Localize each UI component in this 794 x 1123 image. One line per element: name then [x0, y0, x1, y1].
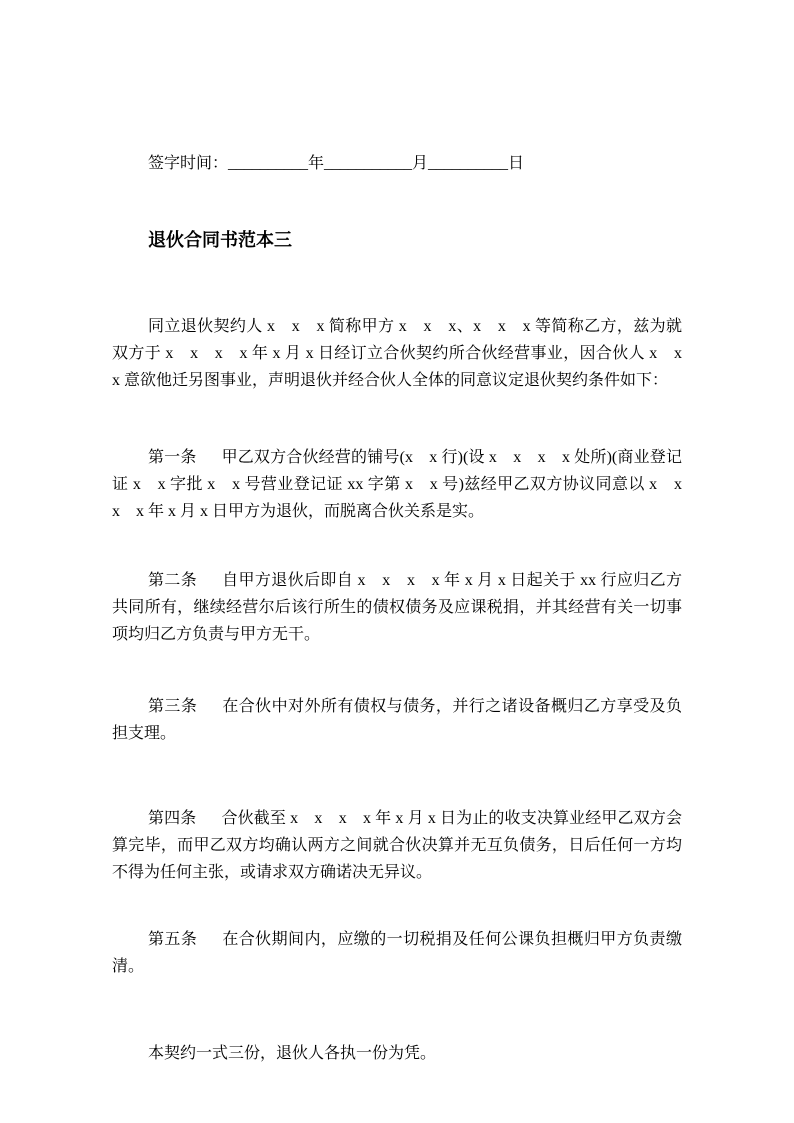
signature-time-line: 签字时间：__________年___________月__________日 [112, 150, 682, 177]
article-4-label: 第四条 [148, 810, 196, 827]
document-page: 签字时间：__________年___________月__________日 … [0, 0, 794, 1123]
signature-year-unit: 年 [308, 155, 324, 172]
article-5-label: 第五条 [148, 931, 197, 948]
signature-day-unit: 日 [508, 155, 524, 172]
signature-year-blank: __________ [228, 155, 308, 172]
article-3-text: 在合伙中对外所有债权与债务，并行之诸设备概归乙方享受及负担支理。 [112, 698, 682, 742]
article-2-text: 自甲方退伙后即自 x x x x 年 x 月 x 日起关于 xx 行应归乙方共同… [112, 572, 682, 643]
article-4: 第四条合伙截至 x x x x 年 x 月 x 日为止的收支决算业经甲乙双方会算… [112, 805, 682, 886]
article-3: 第三条在合伙中对外所有债权与债务，并行之诸设备概归乙方享受及负担支理。 [112, 693, 682, 747]
closing-line: 本契约一式三份，退伙人各执一份为凭。 [112, 1040, 682, 1067]
contract-title: 退伙合同书范本三 [112, 225, 682, 255]
signature-day-blank: __________ [428, 155, 508, 172]
article-5-text: 在合伙期间内，应缴的一切税捐及任何公课负担概归甲方负责缴清。 [112, 931, 682, 975]
article-2: 第二条自甲方退伙后即自 x x x x 年 x 月 x 日起关于 xx 行应归乙… [112, 567, 682, 648]
article-1-label: 第一条 [148, 449, 197, 466]
signature-month-blank: ___________ [324, 155, 412, 172]
article-2-label: 第二条 [148, 572, 197, 589]
article-1-text: 甲乙双方合伙经营的铺号(x x 行)(设 x x x x 处所)(商业登记证 x… [112, 449, 698, 520]
signature-time-label: 签字时间： [148, 155, 228, 172]
article-5: 第五条在合伙期间内，应缴的一切税捐及任何公课负担概归甲方负责缴清。 [112, 926, 682, 980]
article-4-text: 合伙截至 x x x x 年 x 月 x 日为止的收支决算业经甲乙双方会算完毕，… [112, 810, 682, 881]
article-3-label: 第三条 [148, 698, 197, 715]
signature-month-unit: 月 [412, 155, 428, 172]
article-1: 第一条甲乙双方合伙经营的铺号(x x 行)(设 x x x x 处所)(商业登记… [112, 444, 682, 525]
intro-paragraph: 同立退伙契约人 x x x 简称甲方 x x x、x x x 等简称乙方，兹为就… [112, 313, 682, 394]
